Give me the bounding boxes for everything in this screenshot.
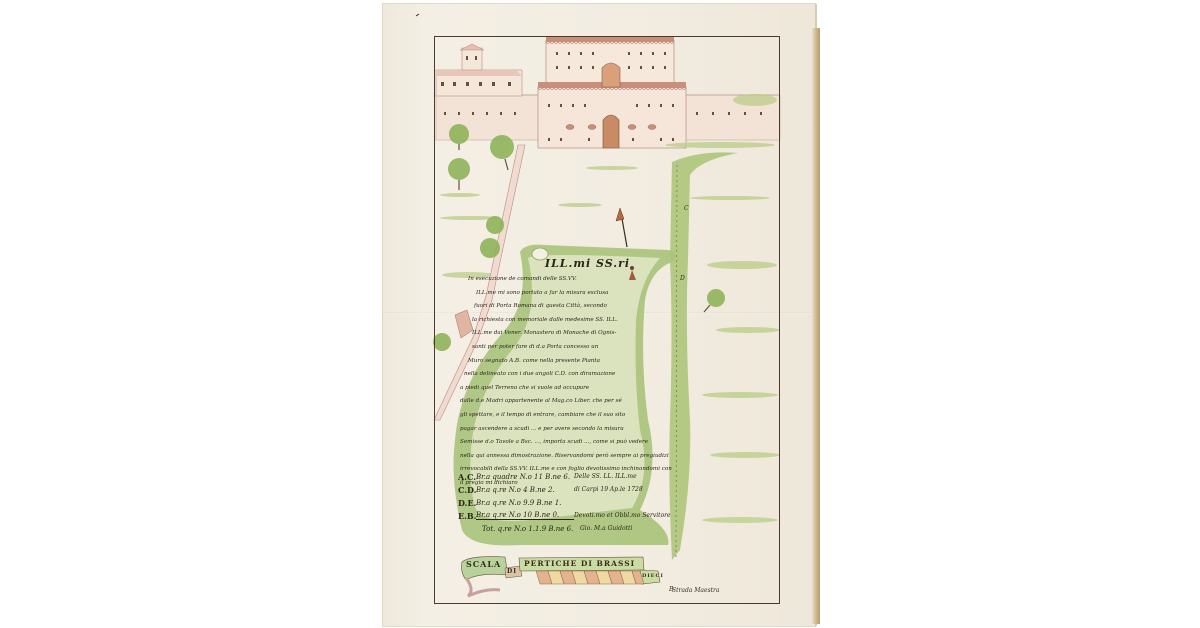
cartouche-line: ILL.me dai Vener. Monastero di Monache d… (460, 327, 675, 341)
cartouche-line: santi per poter fare di d.a Porta conces… (460, 341, 675, 355)
place-date: Delle SS. LL. ILL.me (574, 473, 637, 480)
cartouche-line: nella delineato con i due angoli C.D. co… (460, 368, 675, 382)
bottom-note: Strada Maestra (672, 587, 720, 594)
cartouche-line: In esecuzione de comandi delle SS.VV. (460, 273, 675, 287)
cartouche-line: fuori di Porta Romana di questa Città, s… (460, 300, 675, 314)
scale-ribbon-main: PERTICHE DI BRASSI (524, 559, 635, 568)
cartouche-line: nella qui annessa dimostrazione. Riserva… (460, 450, 675, 464)
cartouche-text: ILL.mi SS.ri In esecuzione de comandi de… (460, 258, 675, 491)
measurement-row: A.C. Br.a quadre N.o 11 B.ne 6. Delle SS… (458, 470, 678, 483)
point-label-d: D (680, 275, 685, 282)
measurement-row: C.D. Br.a q.re N.o 4 B.ne 2. di Carpi 19… (458, 483, 678, 496)
measurement-table: A.C. Br.a quadre N.o 11 B.ne 6. Delle SS… (458, 470, 678, 535)
signature-name: Gio. M.a Guidotti (580, 525, 632, 532)
measurement-total-row: Tot. q.re N.o 1.1.9 B.ne 6. Gio. M.a Gui… (458, 522, 678, 535)
measurement-row: E.B. Br.a q.re N.o 10 B.ne 0. Devoti.mo … (458, 509, 678, 522)
measurement-row: D.E. Br.a q.re N.o 9.9 B.ne 1. (458, 496, 678, 509)
cartouche-title: ILL.mi SS.ri (500, 258, 675, 270)
cartouche-line: Muro segnato A.B. come nella presente Pi… (460, 355, 675, 369)
scale-ribbon-small: DI (507, 568, 517, 575)
point-label-c: C (684, 205, 689, 212)
scale-ribbon-left: SCALA (466, 559, 501, 569)
cartouche-line: pagar ascendere a scudi ... e per avere … (460, 423, 675, 437)
cartouche-line: gli spettare, e il tempo di entrare, cam… (460, 409, 675, 423)
cartouche-line: a piedi quel Terreno che si vuole ad occ… (460, 382, 675, 396)
cartouche-line: ILL.me mi sono portato a far la misura e… (460, 287, 675, 301)
cartouche-line: la richiesta con memoriale dalle medesim… (460, 314, 675, 328)
scale-ribbon-right: DIECI (642, 573, 664, 579)
signature-line: Devoti.mo et Obbl.mo Servitore (574, 512, 671, 519)
cartouche-line: Semisse d.o Tavole a Bsc. ..., importa s… (460, 436, 675, 450)
cartouche-line: dalle d.e Madri appartenente al Mag.co L… (460, 395, 675, 409)
place-date: di Carpi 19 Ap.le 1728 (574, 486, 643, 493)
